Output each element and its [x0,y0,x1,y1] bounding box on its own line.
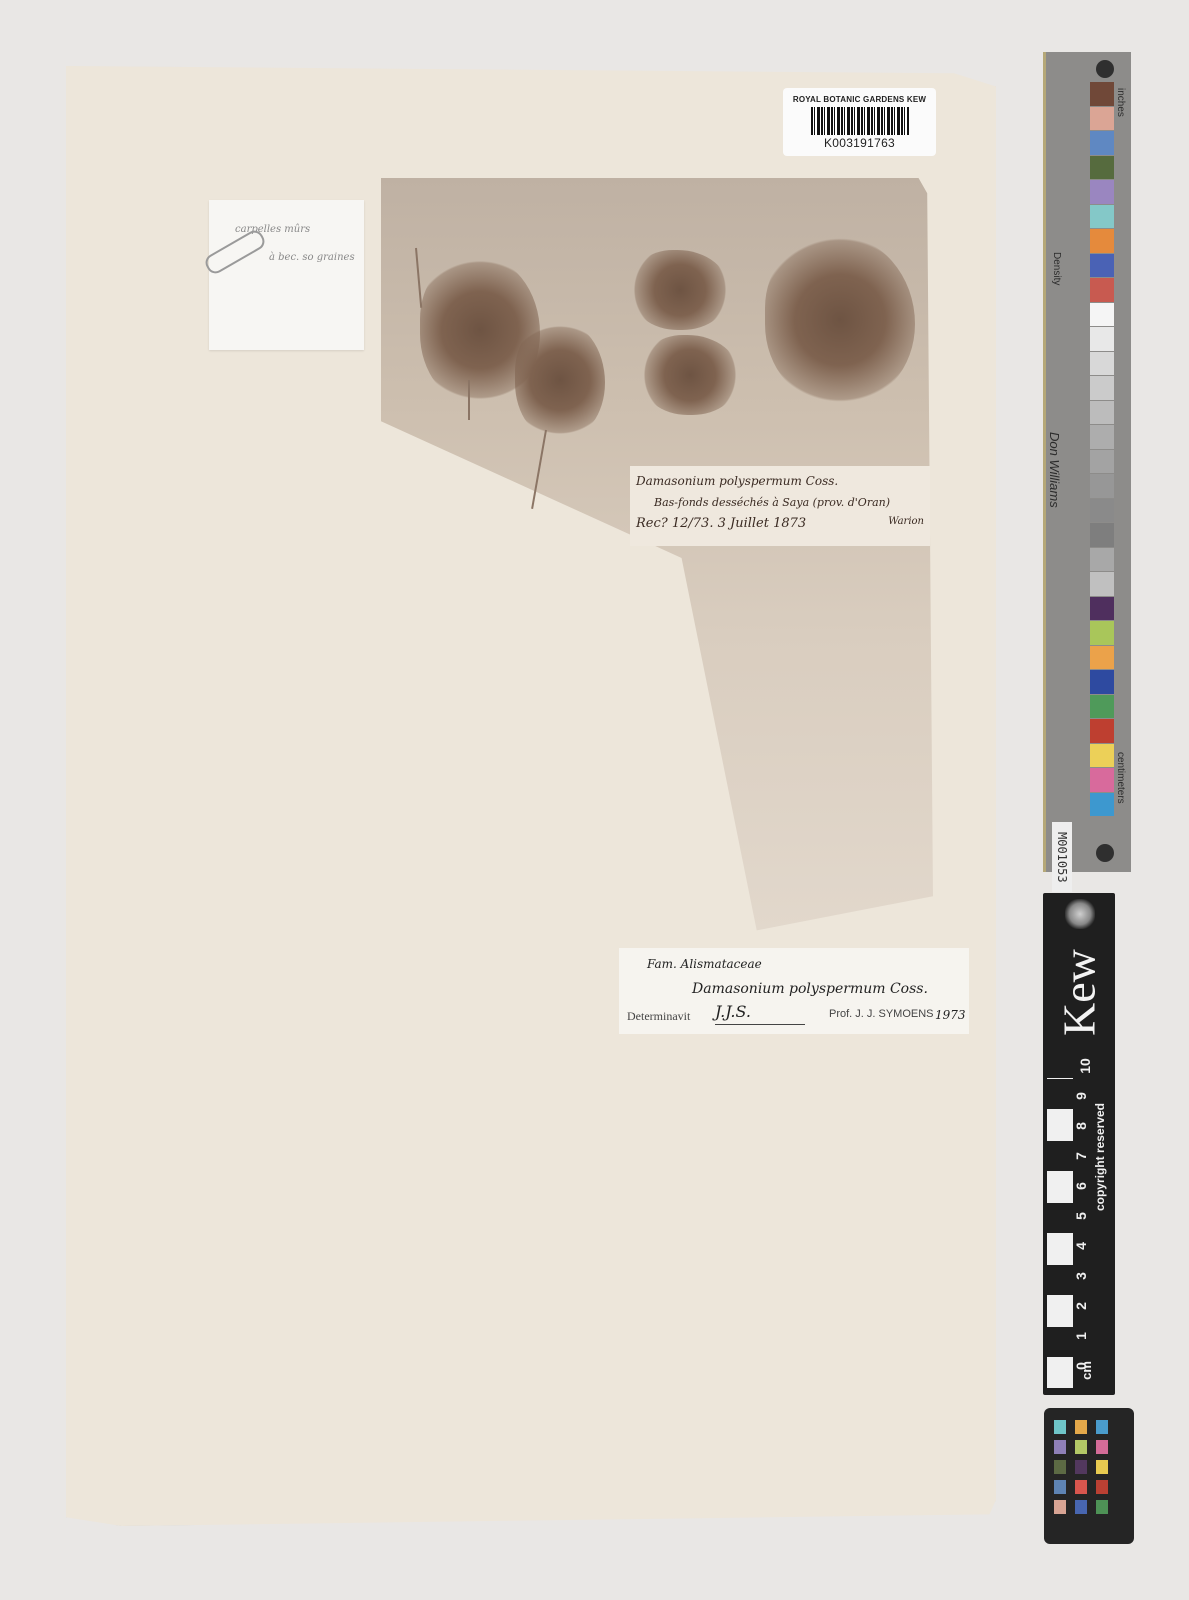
checker-cell [1075,1460,1087,1474]
color-swatch [1090,107,1114,131]
color-swatch [1090,352,1114,376]
checker-cell [1096,1420,1108,1434]
checker-cell [1075,1440,1087,1454]
scale-segment [1047,1357,1073,1388]
color-swatch [1090,523,1114,547]
scale-number: 8 [1073,1122,1089,1130]
color-swatch [1090,646,1114,670]
color-calibration-ruler: inches Density Don Williams centimeters … [1043,52,1131,872]
scale-number: 5 [1073,1212,1089,1220]
color-swatch [1090,450,1114,474]
color-swatch [1090,719,1114,743]
scale-segment [1047,1264,1073,1295]
scale-number: 1 [1073,1332,1089,1340]
color-swatch [1090,254,1114,278]
collector-name: Warion [888,516,924,527]
color-swatch [1090,229,1114,253]
collection-taxon: Damasonium polyspermum Coss. [636,474,838,488]
color-swatch [1090,303,1114,327]
kew-scale-bar: Kew copyright reserved cm 012345678910 [1043,893,1115,1395]
color-swatch [1090,474,1114,498]
ruler-hole-top [1096,60,1114,78]
kew-logo: Kew [1049,933,1109,1053]
barcode-icon [811,107,909,135]
checker-cell [1054,1480,1066,1494]
color-swatch [1090,695,1114,719]
color-swatch [1090,180,1114,204]
scale-number: 3 [1073,1272,1089,1280]
scale-number: 9 [1073,1092,1089,1100]
scale-segment [1047,1078,1073,1109]
scale-segment [1047,1140,1073,1171]
specimen-plant-4 [640,335,740,415]
checker-cell [1096,1480,1108,1494]
determiner-name: Prof. J. J. SYMOENS [829,1008,934,1020]
checker-cell [1075,1500,1087,1514]
color-swatch [1090,670,1114,694]
collection-label: Damasonium polyspermum Coss. Bas-fonds d… [630,466,930,546]
checker-cell [1075,1480,1087,1494]
specimen-plant-2 [515,320,605,440]
scale-segment [1047,1326,1073,1357]
specimen-plant-3 [630,250,730,330]
color-swatch [1090,278,1114,302]
color-swatch [1090,82,1114,106]
color-swatch [1090,597,1114,621]
species-name: Damasonium polyspermum Coss. [692,981,928,997]
checker-cell [1054,1460,1066,1474]
ruler-brand: Don Williams [1047,432,1062,508]
scale-number: 6 [1073,1182,1089,1190]
barcode-label: ROYAL BOTANIC GARDENS KEW K003191763 [783,88,936,156]
color-swatch [1090,548,1114,572]
color-swatch [1090,156,1114,180]
scale-number: 2 [1073,1302,1089,1310]
determiner-signature: J.J.S. [715,1002,805,1025]
checker-cell [1054,1440,1066,1454]
color-swatch [1090,744,1114,768]
checker-cell [1054,1420,1066,1434]
scale-segment [1047,1233,1073,1264]
color-swatch [1090,327,1114,351]
scale-number: 0 [1073,1362,1089,1370]
color-swatch [1090,376,1114,400]
checker-cell [1075,1420,1087,1434]
note-line-2: à bec. so graines [269,252,355,263]
ruler-id: M001053 [1052,822,1072,892]
color-swatch [1090,131,1114,155]
scale-segment [1047,1171,1073,1202]
determinavit-label: Determinavit [627,1009,690,1024]
checker-cell [1096,1460,1108,1474]
scale-ticks [1047,1078,1073,1393]
color-swatch [1090,425,1114,449]
color-swatch [1090,768,1114,792]
family-name: Fam. Alismataceae [647,957,762,971]
color-swatch [1090,499,1114,523]
ruler-top-label: inches [1115,88,1126,117]
mini-color-checker [1044,1408,1134,1544]
color-swatch [1090,621,1114,645]
determination-year: 1973 [935,1008,966,1022]
scale-segment [1047,1109,1073,1140]
collection-locality: Bas-fonds desséchés à Saya (prov. d'Oran… [654,496,890,509]
scale-number: 4 [1073,1242,1089,1250]
color-swatch [1090,572,1114,596]
ruler-hole-bottom [1096,844,1114,862]
determination-label: Fam. Alismataceae Damasonium polyspermum… [619,948,969,1034]
copyright-notice: copyright reserved [1093,1103,1107,1211]
color-swatch [1090,205,1114,229]
checker-cell [1054,1500,1066,1514]
color-swatch [1090,401,1114,425]
kew-crest-icon [1065,899,1095,929]
scale-number: 10 [1077,1058,1093,1074]
color-swatch [1090,793,1114,817]
collection-date: Rec? 12/73. 3 Juillet 1873 [636,516,806,531]
institution-name: ROYAL BOTANIC GARDENS KEW [783,95,936,104]
checker-cell [1096,1500,1108,1514]
ruler-bottom-label: centimeters [1115,752,1126,804]
annotation-note-card: carpelles mûrs à bec. so graines [209,200,364,350]
scale-number: 7 [1073,1152,1089,1160]
scale-segment [1047,1202,1073,1233]
ruler-density-label: Density [1051,252,1062,285]
scale-segment [1047,1295,1073,1326]
checker-cell [1096,1440,1108,1454]
barcode-number: K003191763 [783,136,936,150]
specimen-root [468,380,470,420]
